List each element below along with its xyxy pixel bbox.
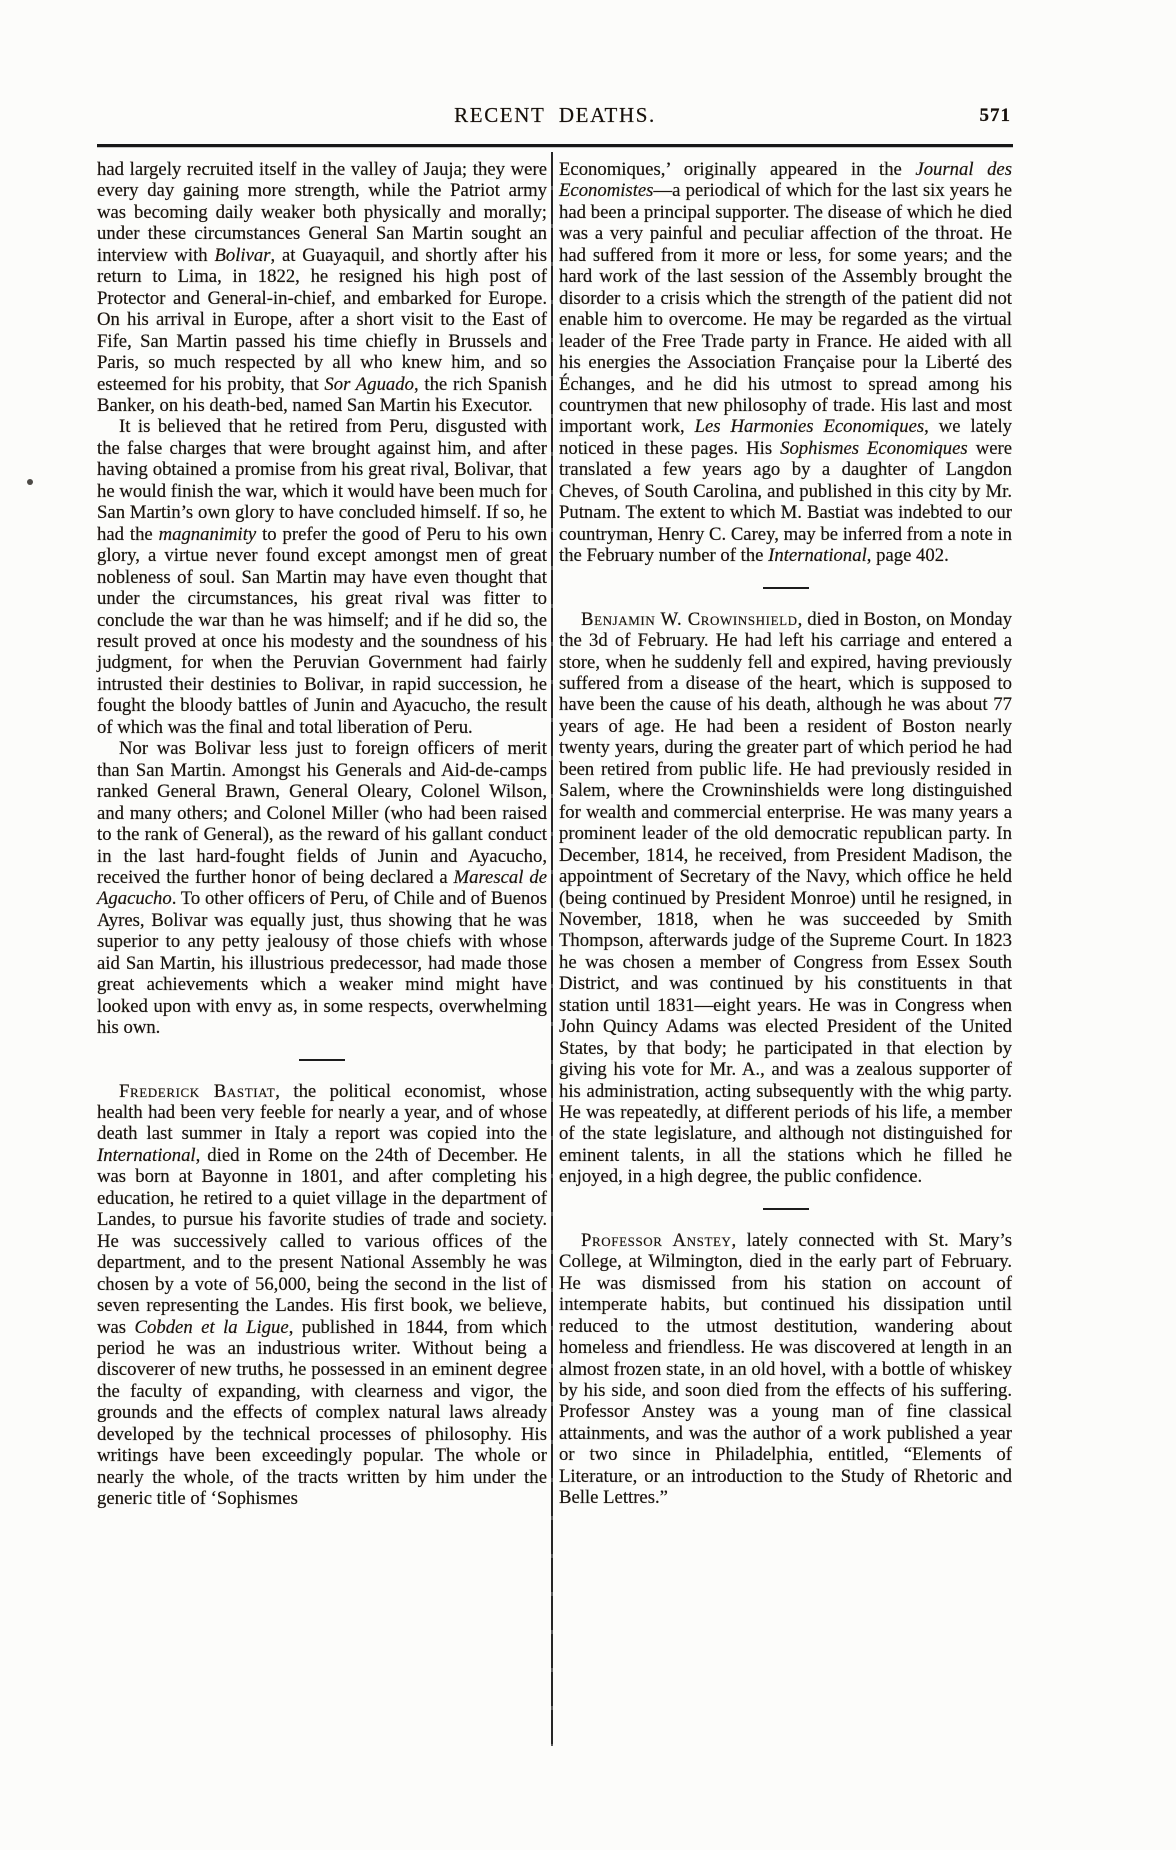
section-separator — [559, 1199, 1012, 1219]
italic-text: Sor Aguado — [324, 374, 414, 395]
separator-dash — [299, 1059, 345, 1061]
left-column: had largely recruited itself in the vall… — [97, 159, 547, 1510]
body-text: Economiques,’ originally appeared in the — [559, 159, 915, 180]
person-name: Professor Anstey — [581, 1230, 732, 1251]
body-text: , died in Rome on the 24th of December. … — [97, 1145, 547, 1338]
page-title: RECENT DEATHS. — [97, 103, 1013, 128]
body-text: to prefer the good of Peru to his own gl… — [97, 524, 547, 738]
body-text: , published in 1844, from which period h… — [97, 1317, 547, 1510]
italic-text: Bolivar — [214, 245, 270, 266]
paragraph: Nor was Bolivar less just to foreign off… — [97, 738, 547, 1038]
paragraph: Professor Anstey, lately connected with … — [559, 1230, 1012, 1509]
paragraph: It is believed that he retired from Peru… — [97, 416, 547, 738]
person-name: Frederick Bastiat — [119, 1081, 275, 1102]
body-text: , at Guayaquil, and shortly after his re… — [97, 245, 547, 395]
body-text: Nor was Bolivar less just to foreign off… — [97, 738, 547, 888]
italic-text: Sophismes Economiques — [780, 438, 968, 459]
body-text: , died in Boston, on Monday the 3d of Fe… — [559, 609, 1012, 1188]
section-separator — [97, 1050, 547, 1070]
italic-text: Cobden et la Ligue — [135, 1317, 289, 1338]
header-rule — [97, 144, 1013, 147]
column-divider-rule — [551, 152, 553, 1746]
running-head: RECENT DEATHS. 571 — [97, 103, 1013, 139]
person-name: Benjamin W. Crowinshield — [581, 609, 798, 630]
body-text: . To other officers of Peru, of Chile an… — [97, 888, 547, 1038]
paragraph: Frederick Bastiat, the political economi… — [97, 1081, 547, 1510]
body-text: , lately connected with St. Mary’s Colle… — [559, 1230, 1012, 1508]
section-separator — [559, 578, 1012, 598]
italic-text: magnanimity — [159, 524, 257, 545]
separator-dash — [763, 1208, 809, 1210]
italic-text: Les Harmonies Economiques — [695, 416, 925, 437]
body-text: —a periodical of which for the last six … — [559, 180, 1012, 437]
page-number: 571 — [980, 105, 1012, 127]
paragraph: had largely recruited itself in the vall… — [97, 159, 547, 416]
paragraph: Benjamin W. Crowinshield, died in Boston… — [559, 609, 1012, 1188]
separator-dash — [763, 587, 809, 589]
body-text: , page 402. — [867, 545, 949, 566]
scanned-page: RECENT DEATHS. 571 had largely recruited… — [0, 0, 1176, 1850]
paragraph: Economiques,’ originally appeared in the… — [559, 159, 1012, 567]
italic-text: International — [768, 545, 867, 566]
right-column: Economiques,’ originally appeared in the… — [559, 159, 1012, 1509]
ink-speck — [27, 479, 33, 485]
italic-text: International — [97, 1145, 196, 1166]
